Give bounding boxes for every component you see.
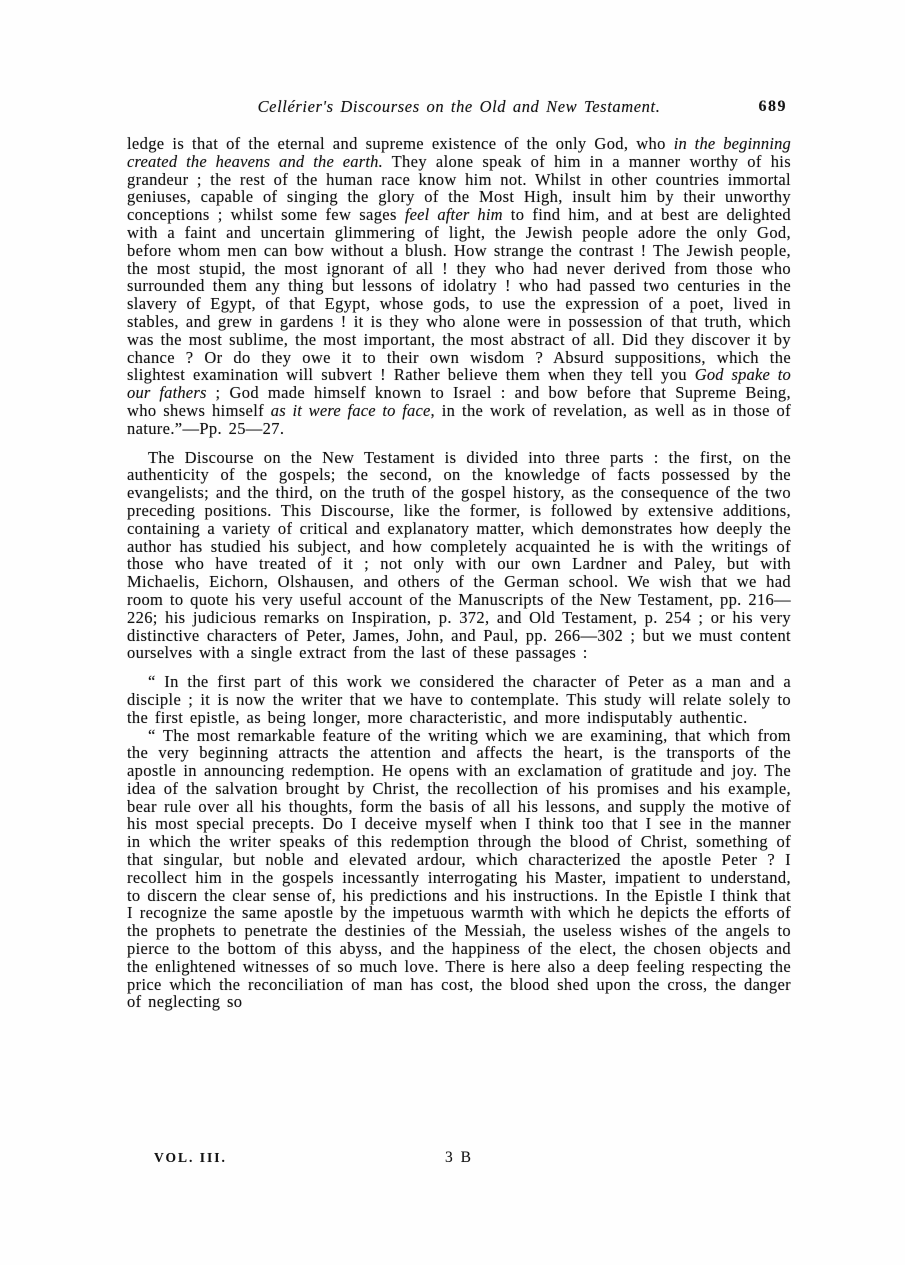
page-body: ledge is that of the eternal and supreme… xyxy=(127,135,791,1011)
extract-paragraph-1: “ In the first part of this work we cons… xyxy=(127,673,791,726)
running-title: Cellérier's Discourses on the Old and Ne… xyxy=(127,97,791,117)
page-number: 689 xyxy=(759,98,788,116)
extract-paragraph-2: “ The most remarkable feature of the wri… xyxy=(127,727,791,1012)
volume-label: VOL. III. xyxy=(154,1150,227,1166)
page-header: Cellérier's Discourses on the Old and Ne… xyxy=(127,97,791,121)
review-paragraph: The Discourse on the New Testament is di… xyxy=(127,449,791,663)
quote-continuation-paragraph: ledge is that of the eternal and supreme… xyxy=(127,135,791,438)
page: Cellérier's Discourses on the Old and Ne… xyxy=(0,0,905,1265)
page-footer: 3 B VOL. III. xyxy=(127,1149,791,1169)
